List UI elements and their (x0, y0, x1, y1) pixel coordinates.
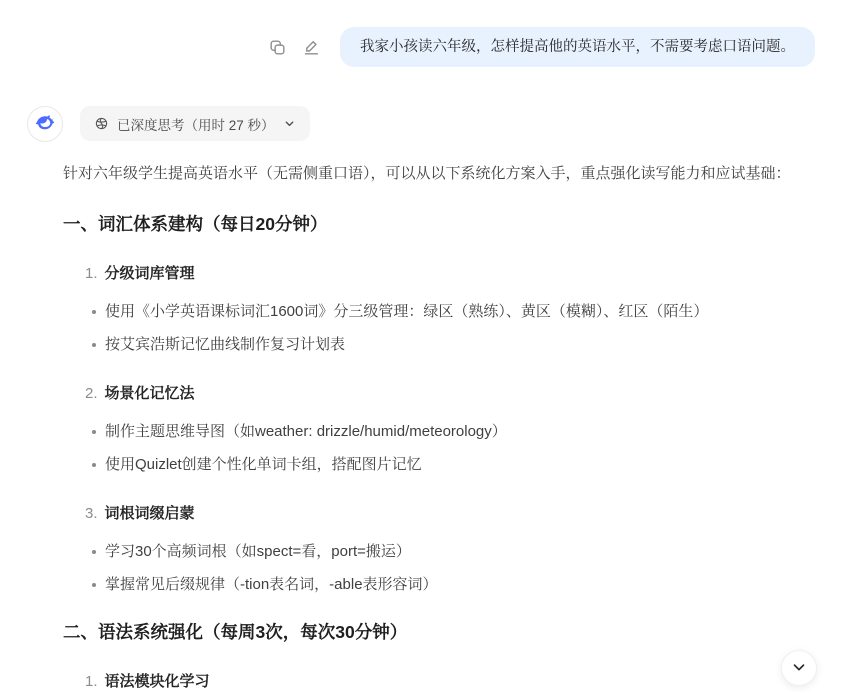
item-number: 3. (85, 505, 98, 522)
whale-logo-icon (34, 111, 56, 138)
bullet-item: 掌握常见后缀规律（-tion表名词，-able表形容词） (105, 574, 832, 596)
copy-icon (268, 38, 287, 57)
item-number: 1. (85, 265, 98, 282)
assistant-response: 针对六年级学生提高英语水平（无需侧重口语），可以从以下系统化方案入手，重点强化读… (63, 159, 832, 693)
item-title: 语法模块化学习 (105, 673, 210, 690)
numbered-item: 3.词根词缀启蒙 (63, 503, 832, 525)
item-title: 词根词缀启蒙 (105, 505, 195, 522)
bullet-list: 制作主题思维导图（如weather: drizzle/humid/meteoro… (63, 421, 832, 476)
user-message-row: 我家小孩读六年级，怎样提高他的英语水平，不需要考虑口语问题。 (267, 27, 815, 67)
edit-button[interactable] (301, 37, 321, 57)
bullet-item: 学习30个高频词根（如spect=看，port=搬运） (105, 541, 832, 563)
chevron-down-icon (283, 117, 296, 130)
deep-think-toggle[interactable]: 已深度思考（用时 27 秒） (80, 106, 310, 141)
pencil-icon (302, 38, 321, 57)
chat-view: 我家小孩读六年级，怎样提高他的英语水平，不需要考虑口语问题。 已深度思考（用时 … (0, 0, 843, 693)
user-message-bubble: 我家小孩读六年级，怎样提高他的英语水平，不需要考虑口语问题。 (340, 27, 815, 67)
assistant-header: 已深度思考（用时 27 秒） (27, 106, 310, 142)
deep-think-label: 已深度思考（用时 27 秒） (117, 114, 275, 134)
bullet-list: 学习30个高频词根（如spect=看，port=搬运）掌握常见后缀规律（-tio… (63, 541, 832, 596)
copy-button[interactable] (267, 37, 287, 57)
item-title: 场景化记忆法 (105, 385, 195, 402)
bullet-list: 使用《小学英语课标词汇1600词》分三级管理：绿区（熟练）、黄区（模糊）、红区（… (63, 301, 832, 356)
item-number: 2. (85, 385, 98, 402)
message-tools (267, 37, 321, 57)
section-heading: 一、词汇体系建构（每日20分钟） (63, 212, 832, 236)
item-title: 分级词库管理 (105, 265, 195, 282)
bullet-item: 使用《小学英语课标词汇1600词》分三级管理：绿区（熟练）、黄区（模糊）、红区（… (105, 301, 832, 323)
bullet-item: 按艾宾浩斯记忆曲线制作复习计划表 (105, 334, 832, 356)
numbered-item: 1.语法模块化学习 (63, 671, 832, 693)
intro-paragraph: 针对六年级学生提高英语水平（无需侧重口语），可以从以下系统化方案入手，重点强化读… (63, 159, 832, 188)
bullet-item: 使用Quizlet创建个性化单词卡组，搭配图片记忆 (105, 454, 832, 476)
response-sections: 一、词汇体系建构（每日20分钟）1.分级词库管理使用《小学英语课标词汇1600词… (63, 212, 832, 693)
item-number: 1. (85, 673, 98, 690)
numbered-item: 2.场景化记忆法 (63, 383, 832, 405)
assistant-avatar (27, 106, 63, 142)
section-heading: 二、语法系统强化（每周3次，每次30分钟） (63, 620, 832, 644)
brain-globe-icon (94, 116, 109, 131)
numbered-item: 1.分级词库管理 (63, 263, 832, 285)
scroll-to-bottom-button[interactable] (781, 650, 817, 686)
bullet-item: 制作主题思维导图（如weather: drizzle/humid/meteoro… (105, 421, 832, 443)
chevron-down-icon (790, 658, 808, 679)
